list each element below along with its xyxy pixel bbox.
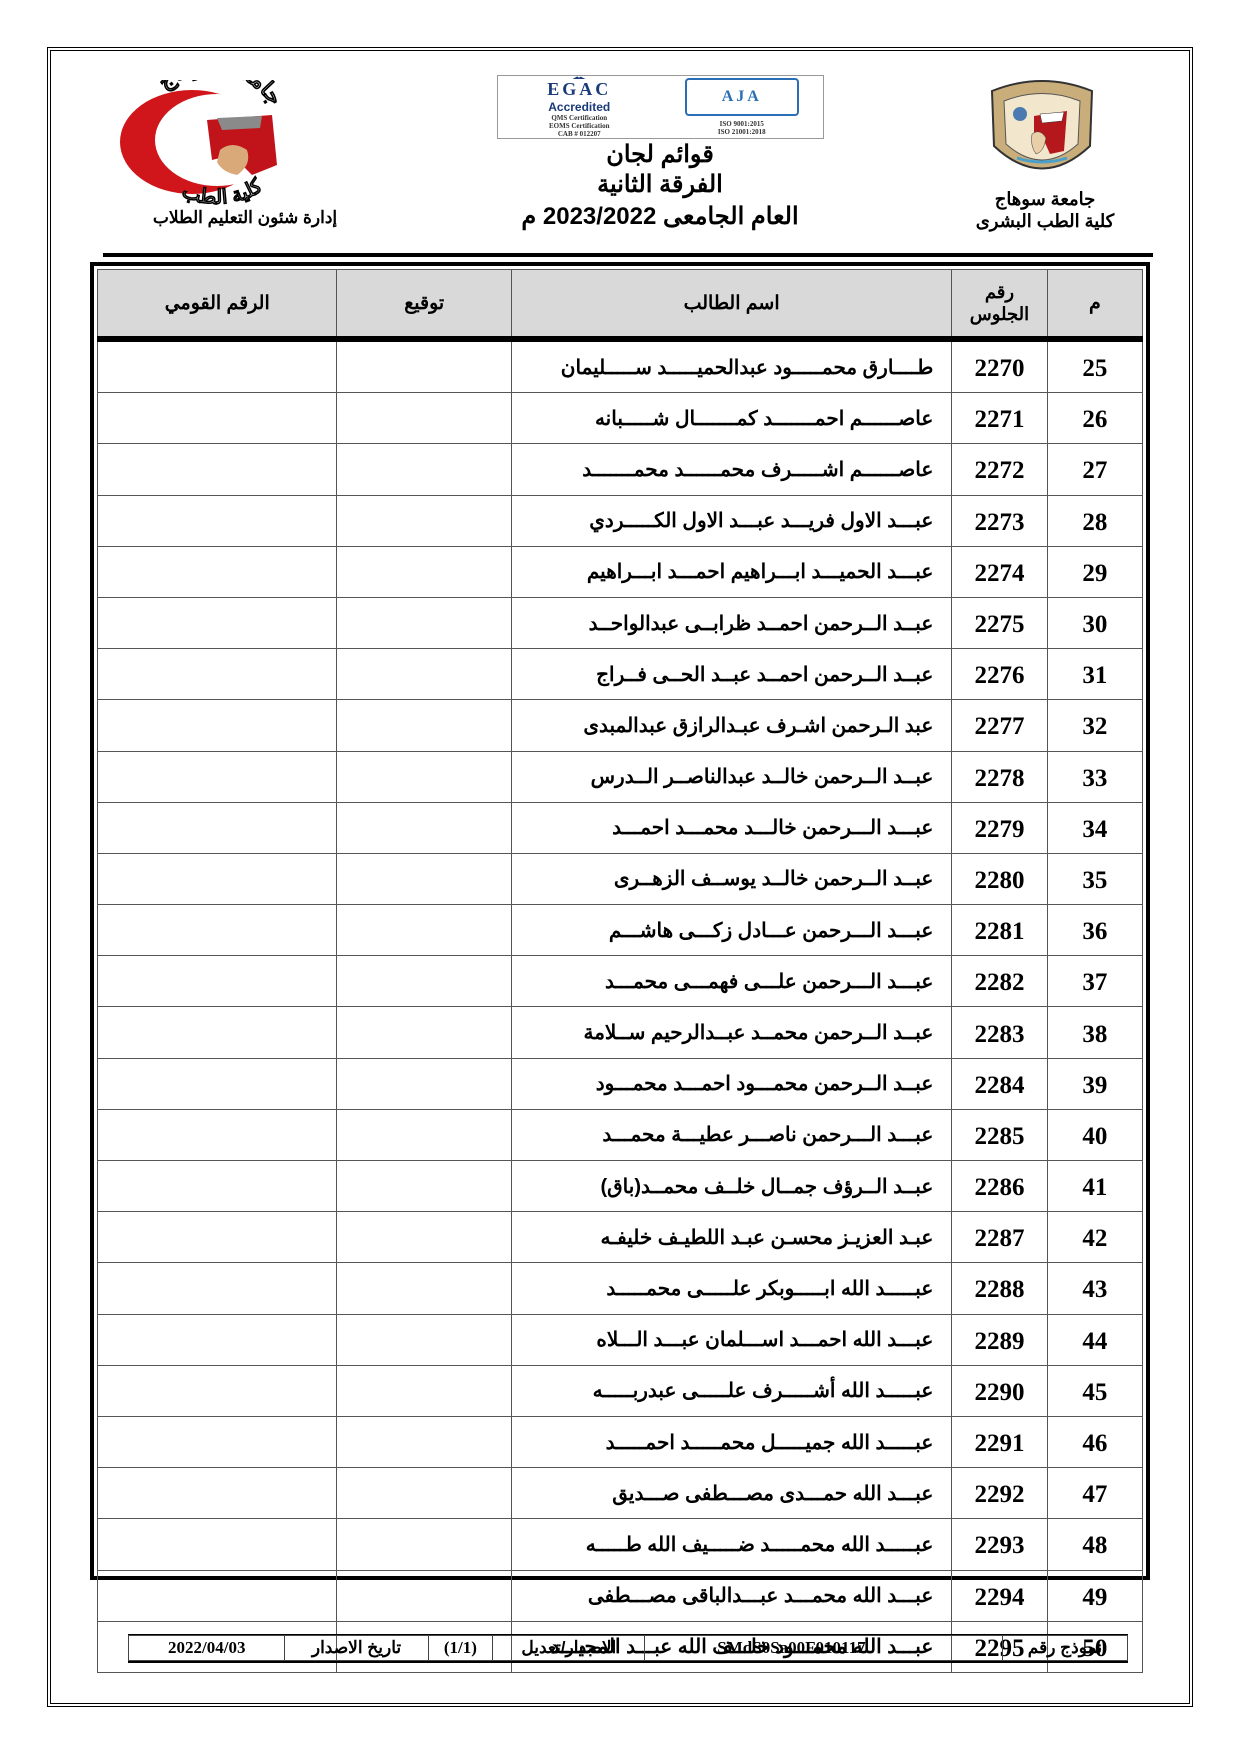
form-number: SMdS0Sa00F010117 <box>645 1636 1003 1661</box>
seat-number: 2273 <box>952 495 1047 546</box>
table-row: 342279عبـــد الـــرحمن خالـــد محمـــد ا… <box>98 802 1143 853</box>
institution-name: جامعة سوهاج كلية الطب البشرى <box>960 188 1130 232</box>
column-header-signature: توقيع <box>337 270 512 340</box>
issue-date: 2022/04/03 <box>129 1636 285 1661</box>
student-name: عبـــد الـــرحمن خالـــد محمـــد احمـــد <box>511 802 951 853</box>
version-label: الاصدار/تعديل <box>493 1636 645 1661</box>
table-row: 282273عبـــد الاول فريـــد عبـــد الاول … <box>98 495 1143 546</box>
signature-cell[interactable] <box>337 444 512 495</box>
seat-number: 2285 <box>952 1109 1047 1160</box>
signature-cell[interactable] <box>337 393 512 444</box>
signature-cell[interactable] <box>337 700 512 751</box>
student-name: عبـد العزيـز محسـن عبـد اللطيـف خليفـه <box>511 1212 951 1263</box>
seat-number: 2283 <box>952 1007 1047 1058</box>
signature-cell[interactable] <box>337 649 512 700</box>
issue-date-label: تاريخ الاصدار <box>285 1636 428 1661</box>
national-id-cell[interactable] <box>98 1365 337 1416</box>
title-academic-year: العام الجامعى 2023/2022 م <box>470 200 850 234</box>
table-row: 492294عبـــد الله محمـــد عبـــدالباقى م… <box>98 1570 1143 1621</box>
row-index: 31 <box>1047 649 1142 700</box>
national-id-cell[interactable] <box>98 546 337 597</box>
student-name: عبــد الــرؤف جمــال خلــف محمــد(باق) <box>511 1161 951 1212</box>
row-index: 25 <box>1047 339 1142 393</box>
table-row: 352280عبــد الــرحمن خالــد يوســف الزهـ… <box>98 853 1143 904</box>
signature-cell[interactable] <box>337 802 512 853</box>
signature-cell[interactable] <box>337 495 512 546</box>
row-index: 28 <box>1047 495 1142 546</box>
student-name: عبــد الــرحمن احمــد ظرابــى عبدالواحــ… <box>511 597 951 648</box>
national-id-cell[interactable] <box>98 1007 337 1058</box>
signature-cell[interactable] <box>337 956 512 1007</box>
seat-number: 2294 <box>952 1570 1047 1621</box>
seat-number: 2281 <box>952 905 1047 956</box>
national-id-cell[interactable] <box>98 1263 337 1314</box>
seat-number: 2284 <box>952 1058 1047 1109</box>
row-index: 48 <box>1047 1519 1142 1570</box>
student-name: عاصــــــم احمـــــــد كمـــــــال شــــ… <box>511 393 951 444</box>
signature-cell[interactable] <box>337 1007 512 1058</box>
header-divider <box>103 253 1153 257</box>
university-seal <box>982 76 1102 186</box>
row-index: 39 <box>1047 1058 1142 1109</box>
row-index: 44 <box>1047 1314 1142 1365</box>
signature-cell[interactable] <box>337 853 512 904</box>
seat-number: 2287 <box>952 1212 1047 1263</box>
student-name: عبـــد الـــرحمن علـــى فهمـــى محمـــد <box>511 956 951 1007</box>
table-row: 292274عبـــد الحميـــد ابـــراهيم احمـــ… <box>98 546 1143 597</box>
table-row: 302275عبــد الــرحمن احمــد ظرابــى عبدا… <box>98 597 1143 648</box>
aja-globe-icon: AJA <box>685 78 799 116</box>
seat-number: 2286 <box>952 1161 1047 1212</box>
national-id-cell[interactable] <box>98 597 337 648</box>
table-row: 432288عبـــــد الله ابـــــوبكر علـــــى… <box>98 1263 1143 1314</box>
row-index: 46 <box>1047 1416 1142 1467</box>
national-id-cell[interactable] <box>98 1416 337 1467</box>
document-footer: نموذج رقم SMdS0Sa00F010117 الاصدار/تعديل… <box>128 1634 1128 1663</box>
national-id-cell[interactable] <box>98 339 337 393</box>
column-header-seat-number: رقم الجلوس <box>952 270 1047 340</box>
row-index: 34 <box>1047 802 1142 853</box>
row-index: 32 <box>1047 700 1142 751</box>
national-id-cell[interactable] <box>98 1058 337 1109</box>
signature-cell[interactable] <box>337 1570 512 1621</box>
seat-number: 2288 <box>952 1263 1047 1314</box>
table-row: 462291عبـــــد الله جميـــــل محمـــــد … <box>98 1416 1143 1467</box>
student-name: عبـــد الـــرحمن ناصـــر عطيـــة محمـــد <box>511 1109 951 1160</box>
signature-cell[interactable] <box>337 905 512 956</box>
title-year-group: الفرقة الثانية <box>470 170 850 200</box>
student-name: عبــد الــرحمن خالــد يوســف الزهــرى <box>511 853 951 904</box>
university-name: جامعة سوهاج <box>960 188 1130 210</box>
seat-number: 2292 <box>952 1468 1047 1519</box>
row-index: 38 <box>1047 1007 1142 1058</box>
seat-number: 2272 <box>952 444 1047 495</box>
national-id-cell[interactable] <box>98 1468 337 1519</box>
table-row: 472292عبـــد الله حمـــدى مصـــطفى صـــد… <box>98 1468 1143 1519</box>
table-row: 312276عبــد الــرحمن احمــد عبــد الحــى… <box>98 649 1143 700</box>
row-index: 41 <box>1047 1161 1142 1212</box>
signature-cell[interactable] <box>337 546 512 597</box>
national-id-cell[interactable] <box>98 649 337 700</box>
signature-cell[interactable] <box>337 751 512 802</box>
signature-cell[interactable] <box>337 1161 512 1212</box>
row-index: 40 <box>1047 1109 1142 1160</box>
national-id-cell[interactable] <box>98 1109 337 1160</box>
student-name: طــــارق محمـــــود عبدالحميـــــد ســــ… <box>511 339 951 393</box>
table-row: 392284عبــد الــرحمن محمـــود احمـــد مح… <box>98 1058 1143 1109</box>
national-id-cell[interactable] <box>98 444 337 495</box>
national-id-cell[interactable] <box>98 853 337 904</box>
signature-cell[interactable] <box>337 1263 512 1314</box>
row-index: 43 <box>1047 1263 1142 1314</box>
signature-cell[interactable] <box>337 1519 512 1570</box>
column-header-index: م <box>1047 270 1142 340</box>
table-row: 422287عبـد العزيـز محسـن عبـد اللطيـف خل… <box>98 1212 1143 1263</box>
university-seal-icon <box>982 76 1102 186</box>
student-name: عبــد الــرحمن احمــد عبــد الحــى فــرا… <box>511 649 951 700</box>
aja-badge: AJA ISO 9001:2015 ISO 21001:2018 <box>661 76 824 138</box>
student-name: عبـــد الـــرحمن عـــادل زكـــى هاشـــم <box>511 905 951 956</box>
signature-cell[interactable] <box>337 1058 512 1109</box>
version-value: (1/1) <box>428 1636 493 1661</box>
signature-cell[interactable] <box>337 1314 512 1365</box>
table-row: 372282عبـــد الـــرحمن علـــى فهمـــى مح… <box>98 956 1143 1007</box>
signature-cell[interactable] <box>337 597 512 648</box>
seat-number: 2293 <box>952 1519 1047 1570</box>
form-number-label: نموذج رقم <box>1002 1636 1127 1661</box>
seat-number: 2275 <box>952 597 1047 648</box>
seat-number: 2282 <box>952 956 1047 1007</box>
row-index: 49 <box>1047 1570 1142 1621</box>
national-id-cell[interactable] <box>98 905 337 956</box>
row-index: 26 <box>1047 393 1142 444</box>
row-index: 33 <box>1047 751 1142 802</box>
student-name: عبــد الــرحمن محمــد عبــدالرحيم ســلام… <box>511 1007 951 1058</box>
student-name: عبـــــد الله محمـــــد ضـــــيف الله طـ… <box>511 1519 951 1570</box>
row-index: 35 <box>1047 853 1142 904</box>
seat-number: 2279 <box>952 802 1047 853</box>
faculty-name: كلية الطب البشرى <box>960 210 1130 232</box>
student-name: عبـــد الاول فريـــد عبـــد الاول الكـــ… <box>511 495 951 546</box>
signature-cell[interactable] <box>337 1365 512 1416</box>
signature-cell[interactable] <box>337 1416 512 1467</box>
seat-number: 2291 <box>952 1416 1047 1467</box>
table-row: 272272عاصــــــم اشـــــرف محمــــــد مح… <box>98 444 1143 495</box>
national-id-cell[interactable] <box>98 1161 337 1212</box>
student-name: عبـــد الحميـــد ابـــراهيم احمـــد ابــ… <box>511 546 951 597</box>
student-name: عبـــد الله احمـــد اســـلمان عبـــد الـ… <box>511 1314 951 1365</box>
signature-cell[interactable] <box>337 1468 512 1519</box>
student-name: عبـــــد الله أشـــــرف علـــــى عبدربــ… <box>511 1365 951 1416</box>
signature-cell[interactable] <box>337 1212 512 1263</box>
row-index: 36 <box>1047 905 1142 956</box>
seat-number: 2278 <box>952 751 1047 802</box>
student-name: عبـــد الله محمـــد عبـــدالباقى مصـــطف… <box>511 1570 951 1621</box>
table-row: 402285عبـــد الـــرحمن ناصـــر عطيـــة م… <box>98 1109 1143 1160</box>
table-row: 252270طــــارق محمـــــود عبدالحميـــــد… <box>98 339 1143 393</box>
seat-number: 2290 <box>952 1365 1047 1416</box>
column-header-student-name: اسم الطالب <box>511 270 951 340</box>
signature-cell[interactable] <box>337 1109 512 1160</box>
student-name: عبـــــد الله ابـــــوبكر علـــــى محمــ… <box>511 1263 951 1314</box>
row-index: 37 <box>1047 956 1142 1007</box>
table-row: 452290عبـــــد الله أشـــــرف علـــــى ع… <box>98 1365 1143 1416</box>
national-id-cell[interactable] <box>98 700 337 751</box>
column-header-national-id: الرقم القومي <box>98 270 337 340</box>
student-name: عبد الـرحمن اشـرف عبـدالرازق عبدالمبدى <box>511 700 951 751</box>
student-name: عاصــــــم اشـــــرف محمــــــد محمـــــ… <box>511 444 951 495</box>
national-id-cell[interactable] <box>98 956 337 1007</box>
national-id-cell[interactable] <box>98 1314 337 1365</box>
seat-number: 2277 <box>952 700 1047 751</box>
accreditation-banner: EGAC Accredited QMS Certification EOMS C… <box>497 75 824 139</box>
table-header-row: م رقم الجلوس اسم الطالب توقيع الرقم القو… <box>98 270 1143 340</box>
table-row: 362281عبـــد الـــرحمن عـــادل زكـــى ها… <box>98 905 1143 956</box>
student-name: عبــد الــرحمن خالــد عبدالناصــر الــدر… <box>511 751 951 802</box>
row-index: 29 <box>1047 546 1142 597</box>
national-id-cell[interactable] <box>98 751 337 802</box>
row-index: 47 <box>1047 1468 1142 1519</box>
row-index: 30 <box>1047 597 1142 648</box>
signature-cell[interactable] <box>337 339 512 393</box>
national-id-cell[interactable] <box>98 393 337 444</box>
student-name: عبـــد الله حمـــدى مصـــطفى صـــديق <box>511 1468 951 1519</box>
table-row: 262271عاصــــــم احمـــــــد كمـــــــال… <box>98 393 1143 444</box>
seat-number: 2271 <box>952 393 1047 444</box>
national-id-cell[interactable] <box>98 495 337 546</box>
national-id-cell[interactable] <box>98 1212 337 1263</box>
row-index: 42 <box>1047 1212 1142 1263</box>
row-index: 45 <box>1047 1365 1142 1416</box>
title-committee-lists: قوائم لجان <box>470 140 850 170</box>
student-name: عبـــــد الله جميـــــل محمـــــد احمـــ… <box>511 1416 951 1467</box>
document-title: قوائم لجان الفرقة الثانية العام الجامعى … <box>470 140 850 234</box>
seat-number: 2280 <box>952 853 1047 904</box>
table-row: 332278عبــد الــرحمن خالــد عبدالناصــر … <box>98 751 1143 802</box>
national-id-cell[interactable] <box>98 1519 337 1570</box>
national-id-cell[interactable] <box>98 1570 337 1621</box>
seat-number: 2289 <box>952 1314 1047 1365</box>
seat-number: 2276 <box>952 649 1047 700</box>
department-name: إدارة شئون التعليم الطلاب <box>130 208 360 228</box>
row-index: 27 <box>1047 444 1142 495</box>
table-row: 412286عبــد الــرؤف جمــال خلــف محمــد(… <box>98 1161 1143 1212</box>
egac-badge: EGAC Accredited QMS Certification EOMS C… <box>498 76 661 138</box>
crescent-logo-icon: جامعة سوهاج كلية الطب <box>112 80 302 205</box>
seat-number: 2270 <box>952 339 1047 393</box>
national-id-cell[interactable] <box>98 802 337 853</box>
table-row: 382283عبــد الــرحمن محمــد عبــدالرحيم … <box>98 1007 1143 1058</box>
seat-number: 2274 <box>952 546 1047 597</box>
table-row: 482293عبـــــد الله محمـــــد ضـــــيف ا… <box>98 1519 1143 1570</box>
table-row: 442289عبـــد الله احمـــد اســـلمان عبــ… <box>98 1314 1143 1365</box>
student-name: عبــد الــرحمن محمـــود احمـــد محمـــود <box>511 1058 951 1109</box>
students-table: م رقم الجلوس اسم الطالب توقيع الرقم القو… <box>90 262 1150 1580</box>
table-row: 322277عبد الـرحمن اشـرف عبـدالرازق عبدال… <box>98 700 1143 751</box>
faculty-logo: جامعة سوهاج كلية الطب <box>112 80 302 205</box>
